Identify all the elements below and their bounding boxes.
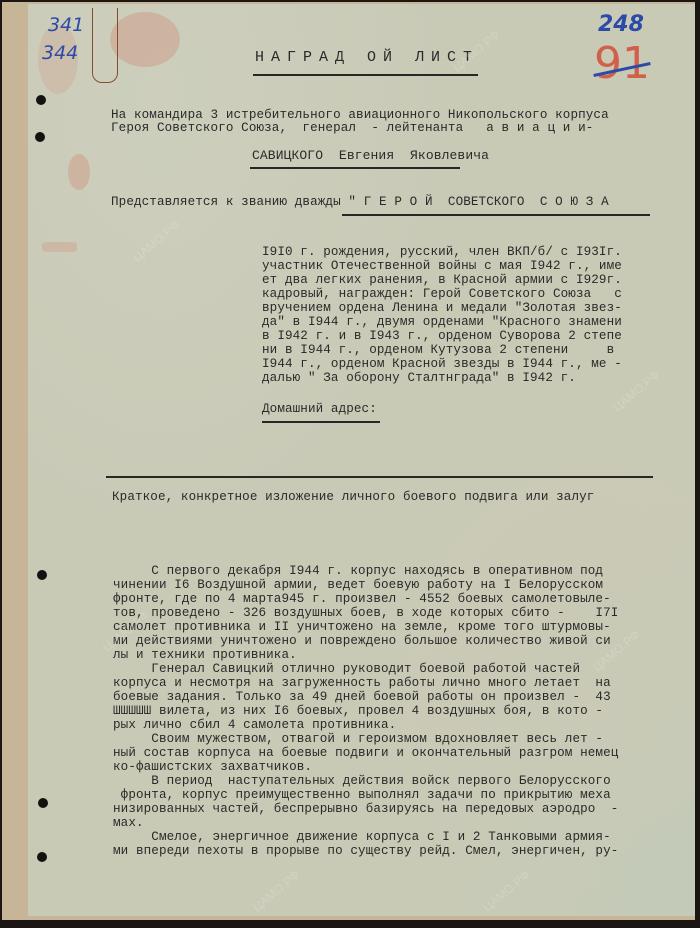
- bio-line: ни в I944 г., орденом Кутузова 2 степени…: [262, 343, 622, 357]
- nominee-name: САВИЦКОГО Евгения Яковлевича: [252, 149, 489, 163]
- archive-number-2: 344: [42, 42, 78, 64]
- body-line: рых лично сбил 4 самолета противника.: [113, 718, 618, 732]
- bio-line: кадровый, награжден: Герой Советского Со…: [262, 287, 622, 301]
- stain: [42, 242, 77, 252]
- feat-description: С первого декабря I944 г. корпус находяс…: [113, 564, 618, 858]
- bio-block: I9I0 г. рождения, русский, член ВКП/б/ с…: [262, 245, 622, 385]
- body-line: низированных частей, беспрерывно базируя…: [113, 802, 618, 816]
- nomination-underline: [342, 214, 650, 216]
- award-sheet-page: 341 344 248 91 НАГРАД ОЙ ЛИСТ На команди…: [28, 4, 695, 916]
- home-address-underline: [262, 421, 380, 423]
- body-line: чинении I6 Воздушной армии, ведет боевую…: [113, 578, 618, 592]
- body-line: Генерал Савицкий отлично руководит боево…: [113, 662, 618, 676]
- binding-hole: [38, 798, 48, 808]
- body-line: С первого декабря I944 г. корпус находяс…: [113, 564, 618, 578]
- body-line: корпуса и несмотря на загруженность рабо…: [113, 676, 618, 690]
- binding-hole: [36, 95, 46, 105]
- header-line-1: На командира 3 истребительного авиационн…: [111, 108, 609, 122]
- stamp-bracket: [92, 8, 118, 83]
- section-heading: Краткое, конкретное изложение личного бо…: [112, 490, 594, 504]
- body-line: ко-фашистских захватчиков.: [113, 760, 618, 774]
- body-line: фронта, корпус преимущественно выполнял …: [113, 788, 618, 802]
- bio-line: ет два легких ранения, в Красной армии с…: [262, 273, 622, 287]
- name-underline: [250, 167, 460, 169]
- body-line: В период наступательных действия войск п…: [113, 774, 618, 788]
- bio-line: I944 г., орденом Красной звезды в I944 г…: [262, 357, 622, 371]
- body-line: Своим мужеством, отвагой и героизмом вдо…: [113, 732, 618, 746]
- body-line: самолет противника и II уничтожено на зе…: [113, 620, 618, 634]
- body-line: ми впереди пехоты в прорыве по существу …: [113, 844, 618, 858]
- section-rule: [106, 476, 653, 478]
- home-address-label: Домашний адрес:: [262, 402, 377, 416]
- body-line: ШШШШШ вилета, из них I6 боевых, провел 4…: [113, 704, 618, 718]
- document-title: НАГРАД ОЙ ЛИСТ: [255, 49, 479, 66]
- body-line: ный состав корпуса на боевые подвиги и о…: [113, 746, 618, 760]
- watermark: ЦАМО.РФ: [250, 867, 302, 914]
- title-underline: [253, 74, 478, 76]
- body-line: тов, проведено - 326 воздушных боев, в х…: [113, 606, 618, 620]
- stain: [110, 12, 180, 67]
- binding-hole: [37, 852, 47, 862]
- stain: [68, 154, 90, 190]
- bio-line: I9I0 г. рождения, русский, член ВКП/б/ с…: [262, 245, 622, 259]
- watermark: ЦАМО.РФ: [480, 867, 532, 914]
- bio-line: далью " За оборону Сталтнграда" в I942 г…: [262, 371, 622, 385]
- body-line: боевые задания. Только за 49 дней боевой…: [113, 690, 618, 704]
- body-line: Смелое, энергичное движение корпуса с I …: [113, 830, 618, 844]
- binding-hole: [35, 132, 45, 142]
- bio-line: да" в I944 г., двумя орденами "Красного …: [262, 315, 622, 329]
- watermark: ЦАМО.РФ: [130, 217, 182, 264]
- page-number-blue: 248: [598, 12, 644, 37]
- body-line: ми действиями уничтожено и повреждено бо…: [113, 634, 618, 648]
- body-line: фронте, где по 4 марта945 г. произвел - …: [113, 592, 618, 606]
- archive-number-1: 341: [48, 14, 84, 36]
- body-line: лы и техники противника.: [113, 648, 618, 662]
- header-line-2: Героя Советского Союза, генерал - лейтен…: [111, 121, 593, 135]
- bio-line: вручением ордена Ленина и медали "Золота…: [262, 301, 622, 315]
- binding-hole: [37, 570, 47, 580]
- bio-line: в I942 г. и в I943 г., орденом Суворова …: [262, 329, 622, 343]
- nomination-line: Представляется к званию дважды " Г Е Р О…: [111, 195, 609, 209]
- bio-line: участник Отечественной войны с мая I942 …: [262, 259, 622, 273]
- body-line: мах.: [113, 816, 618, 830]
